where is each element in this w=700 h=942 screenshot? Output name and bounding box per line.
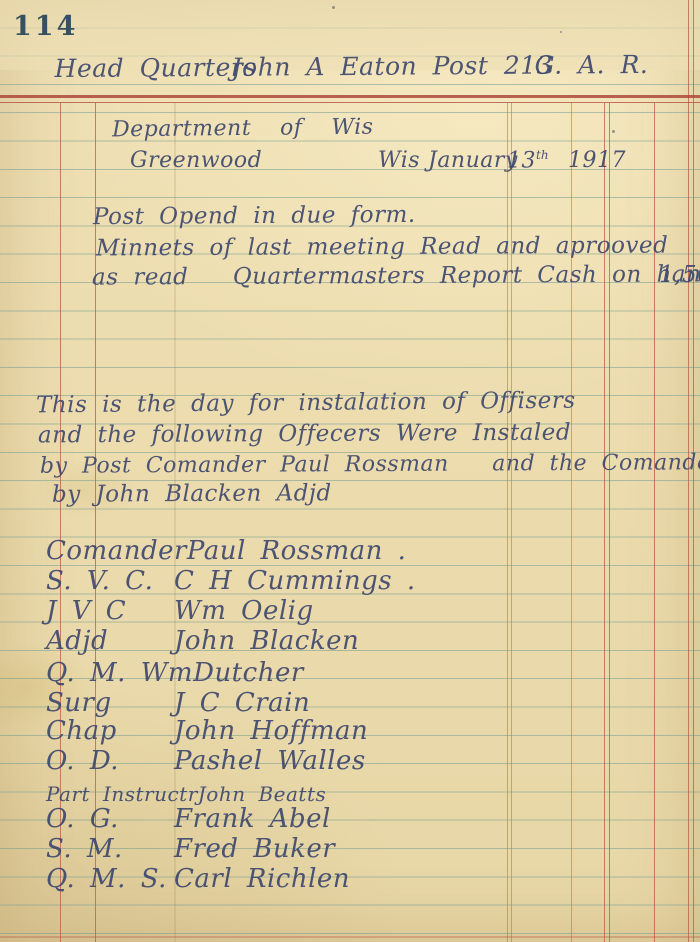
officer-name: John Blacken bbox=[174, 626, 359, 656]
officer-row: S. M. Fred Buker bbox=[46, 834, 335, 864]
officer-office: Q. M. S. bbox=[46, 864, 174, 894]
officer-office: Surg bbox=[46, 688, 174, 718]
officer-row: J V C Wm Oelig bbox=[46, 596, 314, 626]
officer-row: S. V. C. C H Cummings . bbox=[46, 566, 416, 596]
ledger-page: 114 Head Quarters John A Eaton Post 213 … bbox=[0, 0, 700, 942]
officer-row: Part Instructr John Beatts bbox=[46, 782, 326, 806]
officer-row: Q. M. Wm Dutcher bbox=[46, 658, 304, 688]
officer-office: Chap bbox=[46, 716, 174, 746]
officer-name: Paul Rossman . bbox=[187, 536, 407, 566]
officer-office: O. D. bbox=[46, 746, 174, 776]
officer-office: Comander bbox=[46, 536, 187, 566]
officer-name: J C Crain bbox=[174, 688, 310, 718]
officer-office: J V C bbox=[46, 596, 174, 626]
officer-row: O. D. Pashel Walles bbox=[46, 746, 366, 776]
officer-office: S. M. bbox=[46, 834, 174, 864]
officer-name: Dutcher bbox=[193, 658, 304, 688]
officer-name: Carl Richlen bbox=[174, 864, 350, 894]
officer-row: Comander Paul Rossman . bbox=[46, 536, 406, 566]
officer-name: C H Cummings . bbox=[174, 566, 416, 596]
officer-row: O. G. Frank Abel bbox=[46, 804, 331, 834]
officer-name: John Hoffman bbox=[174, 716, 368, 746]
officer-office: S. V. C. bbox=[46, 566, 174, 596]
officer-office: Adjd bbox=[46, 626, 174, 656]
officer-office: Part Instructr bbox=[46, 782, 198, 806]
officer-name: Pashel Walles bbox=[174, 746, 366, 776]
officer-name: John Beatts bbox=[198, 782, 326, 806]
officers-list: Comander Paul Rossman . S. V. C. C H Cum… bbox=[0, 0, 700, 942]
officer-row: Chap John Hoffman bbox=[46, 716, 368, 746]
officer-name: Fred Buker bbox=[174, 834, 335, 864]
officer-row: Surg J C Crain bbox=[46, 688, 310, 718]
officer-row: Q. M. S. Carl Richlen bbox=[46, 864, 350, 894]
officer-name: Wm Oelig bbox=[174, 596, 314, 626]
officer-office: O. G. bbox=[46, 804, 174, 834]
officer-office: Q. M. Wm bbox=[46, 658, 193, 688]
officer-row: Adjd John Blacken bbox=[46, 626, 359, 656]
officer-name: Frank Abel bbox=[174, 804, 331, 834]
